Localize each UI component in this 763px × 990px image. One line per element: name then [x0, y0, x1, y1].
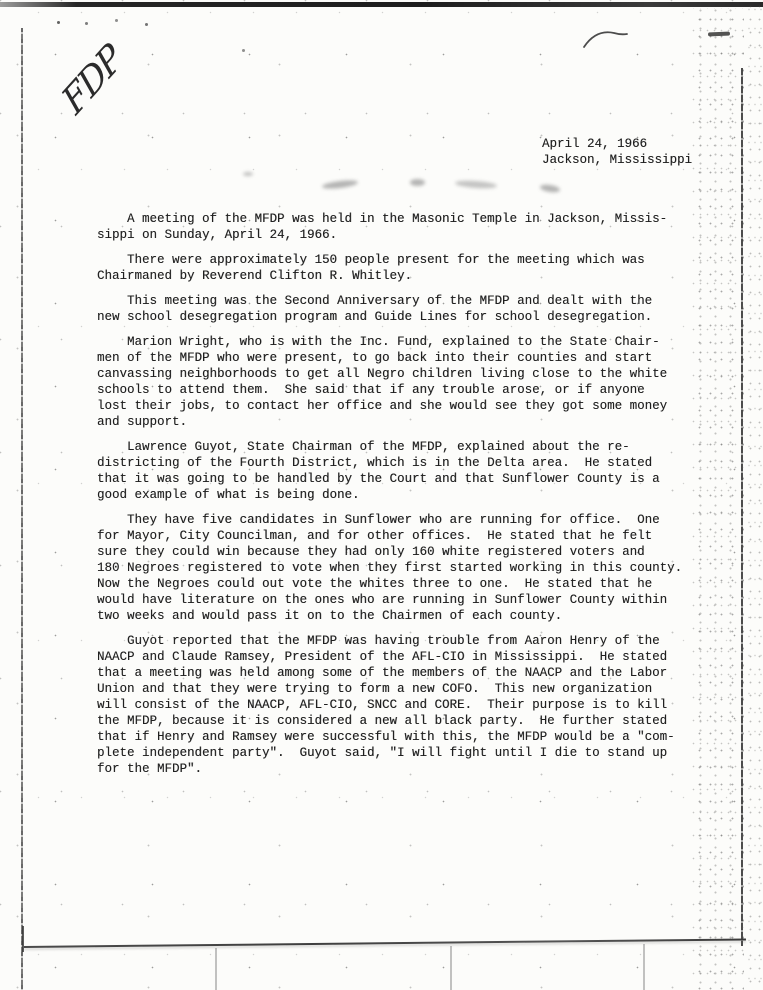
scan-edge-bottom: [24, 938, 746, 948]
paragraph: A meeting of the MFDP was held in the Ma…: [97, 211, 737, 243]
paragraph: There were approximately 150 people pres…: [97, 252, 737, 284]
dateline-date: April 24, 1966: [542, 136, 692, 152]
ink-smudge: [410, 179, 425, 186]
document-body: A meeting of the MFDP was held in the Ma…: [97, 211, 737, 786]
scan-streak: [215, 948, 217, 990]
dateline-place: Jackson, Mississippi: [542, 152, 692, 168]
ink-smudge: [322, 179, 359, 190]
scan-edge-left: [21, 28, 23, 990]
scan-noise-right-edge: [746, 0, 763, 990]
dateline: April 24, 1966 Jackson, Mississippi: [542, 136, 692, 168]
paragraph: Marion Wright, who is with the Inc. Fund…: [97, 334, 737, 430]
scan-streak: [643, 944, 645, 990]
ink-smudge: [540, 183, 561, 193]
paragraph: Lawrence Guyot, State Chairman of the MF…: [97, 439, 737, 503]
scan-dots: [57, 21, 60, 24]
pen-arc-mark: [580, 26, 632, 52]
ink-smudge: [455, 180, 497, 190]
paragraph: This meeting was the Second Anniversary …: [97, 293, 737, 325]
ink-smudge: [243, 172, 253, 176]
handwritten-fdp-mark: FDP: [57, 22, 155, 134]
scan-corner-bottom-left: [22, 926, 24, 952]
scanned-page: FDP April 24, 1966 Jackson, Mississippi …: [0, 0, 763, 990]
scan-dash-mark: [708, 32, 730, 37]
scan-streak: [450, 946, 452, 990]
scan-edge-right: [741, 68, 743, 946]
paragraph: Guyot reported that the MFDP was having …: [97, 633, 737, 777]
paragraph: They have five candidates in Sunflower w…: [97, 512, 737, 624]
scan-edge-top: [0, 2, 763, 7]
